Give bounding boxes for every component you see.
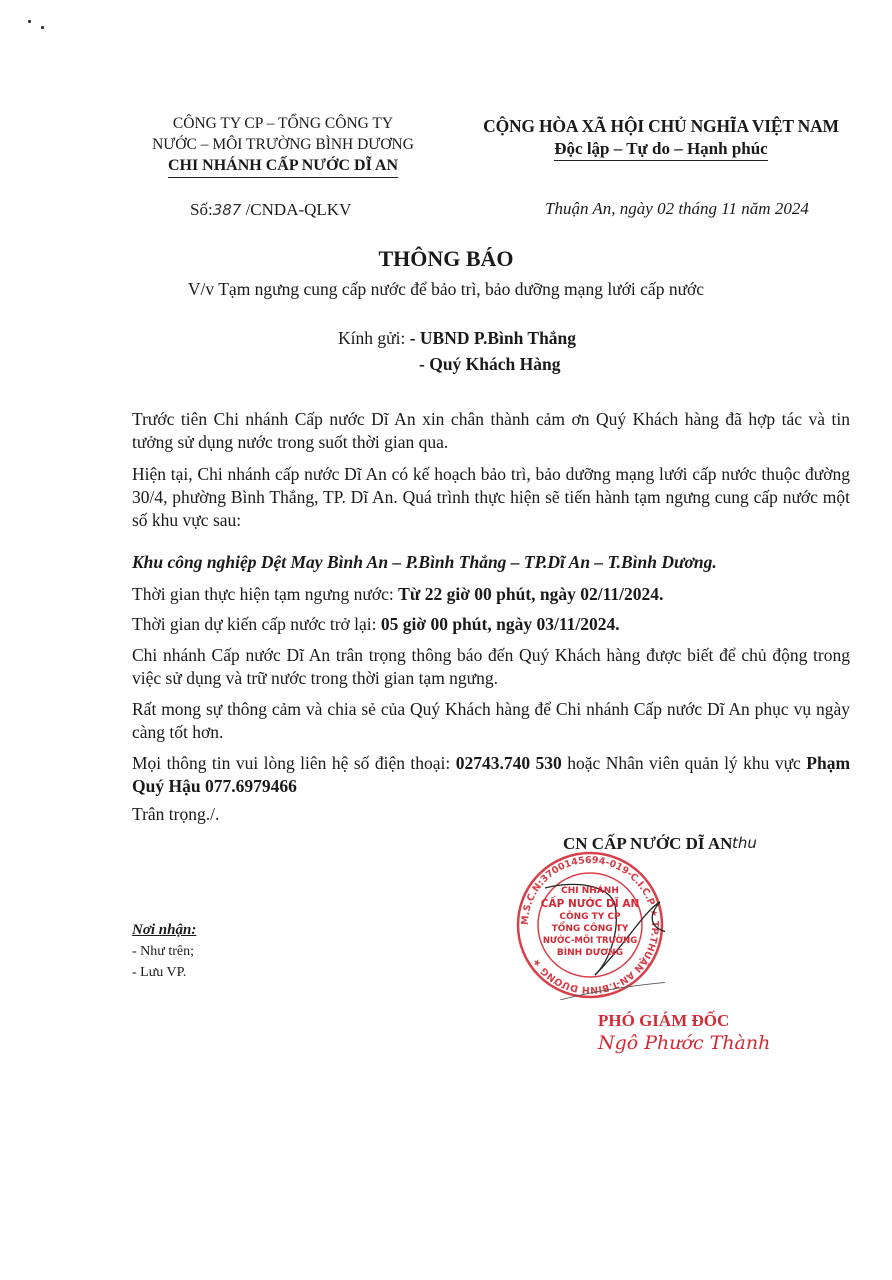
stamp-line: CHI NHÁNH bbox=[515, 886, 665, 896]
paragraph-contact: Mọi thông tin vui lòng liên hệ số điện t… bbox=[132, 752, 850, 798]
resume-time-value: 05 giờ 00 phút, ngày 03/11/2024. bbox=[381, 614, 620, 634]
distribution-list: Nơi nhận: - Như trên; - Lưu VP. bbox=[132, 920, 196, 983]
addressee-item: - UBND P.Bình Thắng bbox=[410, 328, 576, 348]
signer-position: PHÓ GIÁM ĐỐC bbox=[598, 1011, 729, 1031]
national-title: CỘNG HÒA XÃ HỘI CHỦ NGHĨA VIỆT NAM bbox=[446, 116, 876, 137]
distribution-item: - Như trên; bbox=[132, 941, 196, 962]
stamp-line: TỔNG CÔNG TY bbox=[515, 924, 665, 934]
stamp-line: NƯỚC-MÔI TRƯỜNG bbox=[515, 936, 665, 946]
addressee-item: - Quý Khách Hàng bbox=[338, 351, 576, 377]
distribution-heading: Nơi nhận: bbox=[132, 920, 196, 941]
handwritten-number: 387 bbox=[213, 201, 242, 219]
place-date: Thuận An, ngày 02 tháng 11 năm 2024 bbox=[545, 199, 809, 219]
paragraph-apology: Rất mong sự thông cảm và chia sẻ của Quý… bbox=[132, 698, 850, 744]
resume-time-label: Thời gian dự kiến cấp nước trở lại: bbox=[132, 614, 381, 634]
initials: thu bbox=[732, 834, 757, 852]
number-suffix: /CNDA-QLKV bbox=[246, 200, 352, 219]
stop-time: Thời gian thực hiện tạm ngưng nước: Từ 2… bbox=[132, 583, 850, 606]
national-header: CỘNG HÒA XÃ HỘI CHỦ NGHĨA VIỆT NAM Độc l… bbox=[446, 116, 876, 161]
stamp-line: CÔNG TY CP bbox=[515, 912, 665, 922]
affected-area: Khu công nghiệp Dệt May Bình An – P.Bình… bbox=[132, 551, 850, 574]
national-motto: Độc lập – Tự do – Hạnh phúc bbox=[554, 139, 767, 161]
resume-time: Thời gian dự kiến cấp nước trở lại: 05 g… bbox=[132, 613, 850, 636]
stop-time-label: Thời gian thực hiện tạm ngưng nước: bbox=[132, 584, 398, 604]
paragraph-plan: Hiện tại, Chi nhánh cấp nước Dĩ An có kế… bbox=[132, 463, 850, 532]
scan-speck bbox=[41, 26, 44, 29]
issuer-branch: CHI NHÁNH CẤP NƯỚC DĨ AN bbox=[168, 155, 398, 178]
document-subject: V/v Tạm ngưng cung cấp nước để bảo trì, … bbox=[0, 279, 892, 300]
paragraph-notice: Chi nhánh Cấp nước Dĩ An trân trọng thôn… bbox=[132, 644, 850, 690]
paragraph-thanks: Trước tiên Chi nhánh Cấp nước Dĩ An xin … bbox=[132, 408, 850, 454]
stamp-line: BÌNH DƯƠNG bbox=[515, 948, 665, 958]
stamp-line: CẤP NƯỚC DĨ AN bbox=[515, 898, 665, 910]
distribution-item: - Lưu VP. bbox=[132, 962, 196, 983]
issuer-header: CÔNG TY CP – TỔNG CÔNG TY NƯỚC – MÔI TRƯ… bbox=[118, 113, 448, 178]
contact-text: Mọi thông tin vui lòng liên hệ số điện t… bbox=[132, 753, 456, 773]
contact-text: hoặc Nhân viên quản lý khu vực bbox=[562, 753, 806, 773]
document-title: THÔNG BÁO bbox=[0, 246, 892, 272]
issuer-line-2: NƯỚC – MÔI TRƯỜNG BÌNH DƯƠNG bbox=[118, 134, 448, 155]
addressee-label: Kính gửi: bbox=[338, 328, 405, 348]
closing: Trân trọng./. bbox=[132, 803, 850, 826]
scan-speck bbox=[28, 20, 31, 23]
contact-phone: 02743.740 530 bbox=[456, 753, 562, 773]
issuer-line-1: CÔNG TY CP – TỔNG CÔNG TY bbox=[118, 113, 448, 134]
stop-time-value: Từ 22 giờ 00 phút, ngày 02/11/2024. bbox=[398, 584, 663, 604]
official-stamp: M.S.C.N:3700145694-019-C.I.C.P ★ TP.THUẬ… bbox=[515, 850, 665, 1000]
number-prefix: Số: bbox=[190, 200, 213, 219]
addressees: Kính gửi: - UBND P.Bình Thắng - Quý Khác… bbox=[338, 325, 576, 377]
signer-name: Ngô Phước Thành bbox=[598, 1032, 770, 1054]
document-number: Số:387 /CNDA-QLKV bbox=[190, 200, 351, 220]
